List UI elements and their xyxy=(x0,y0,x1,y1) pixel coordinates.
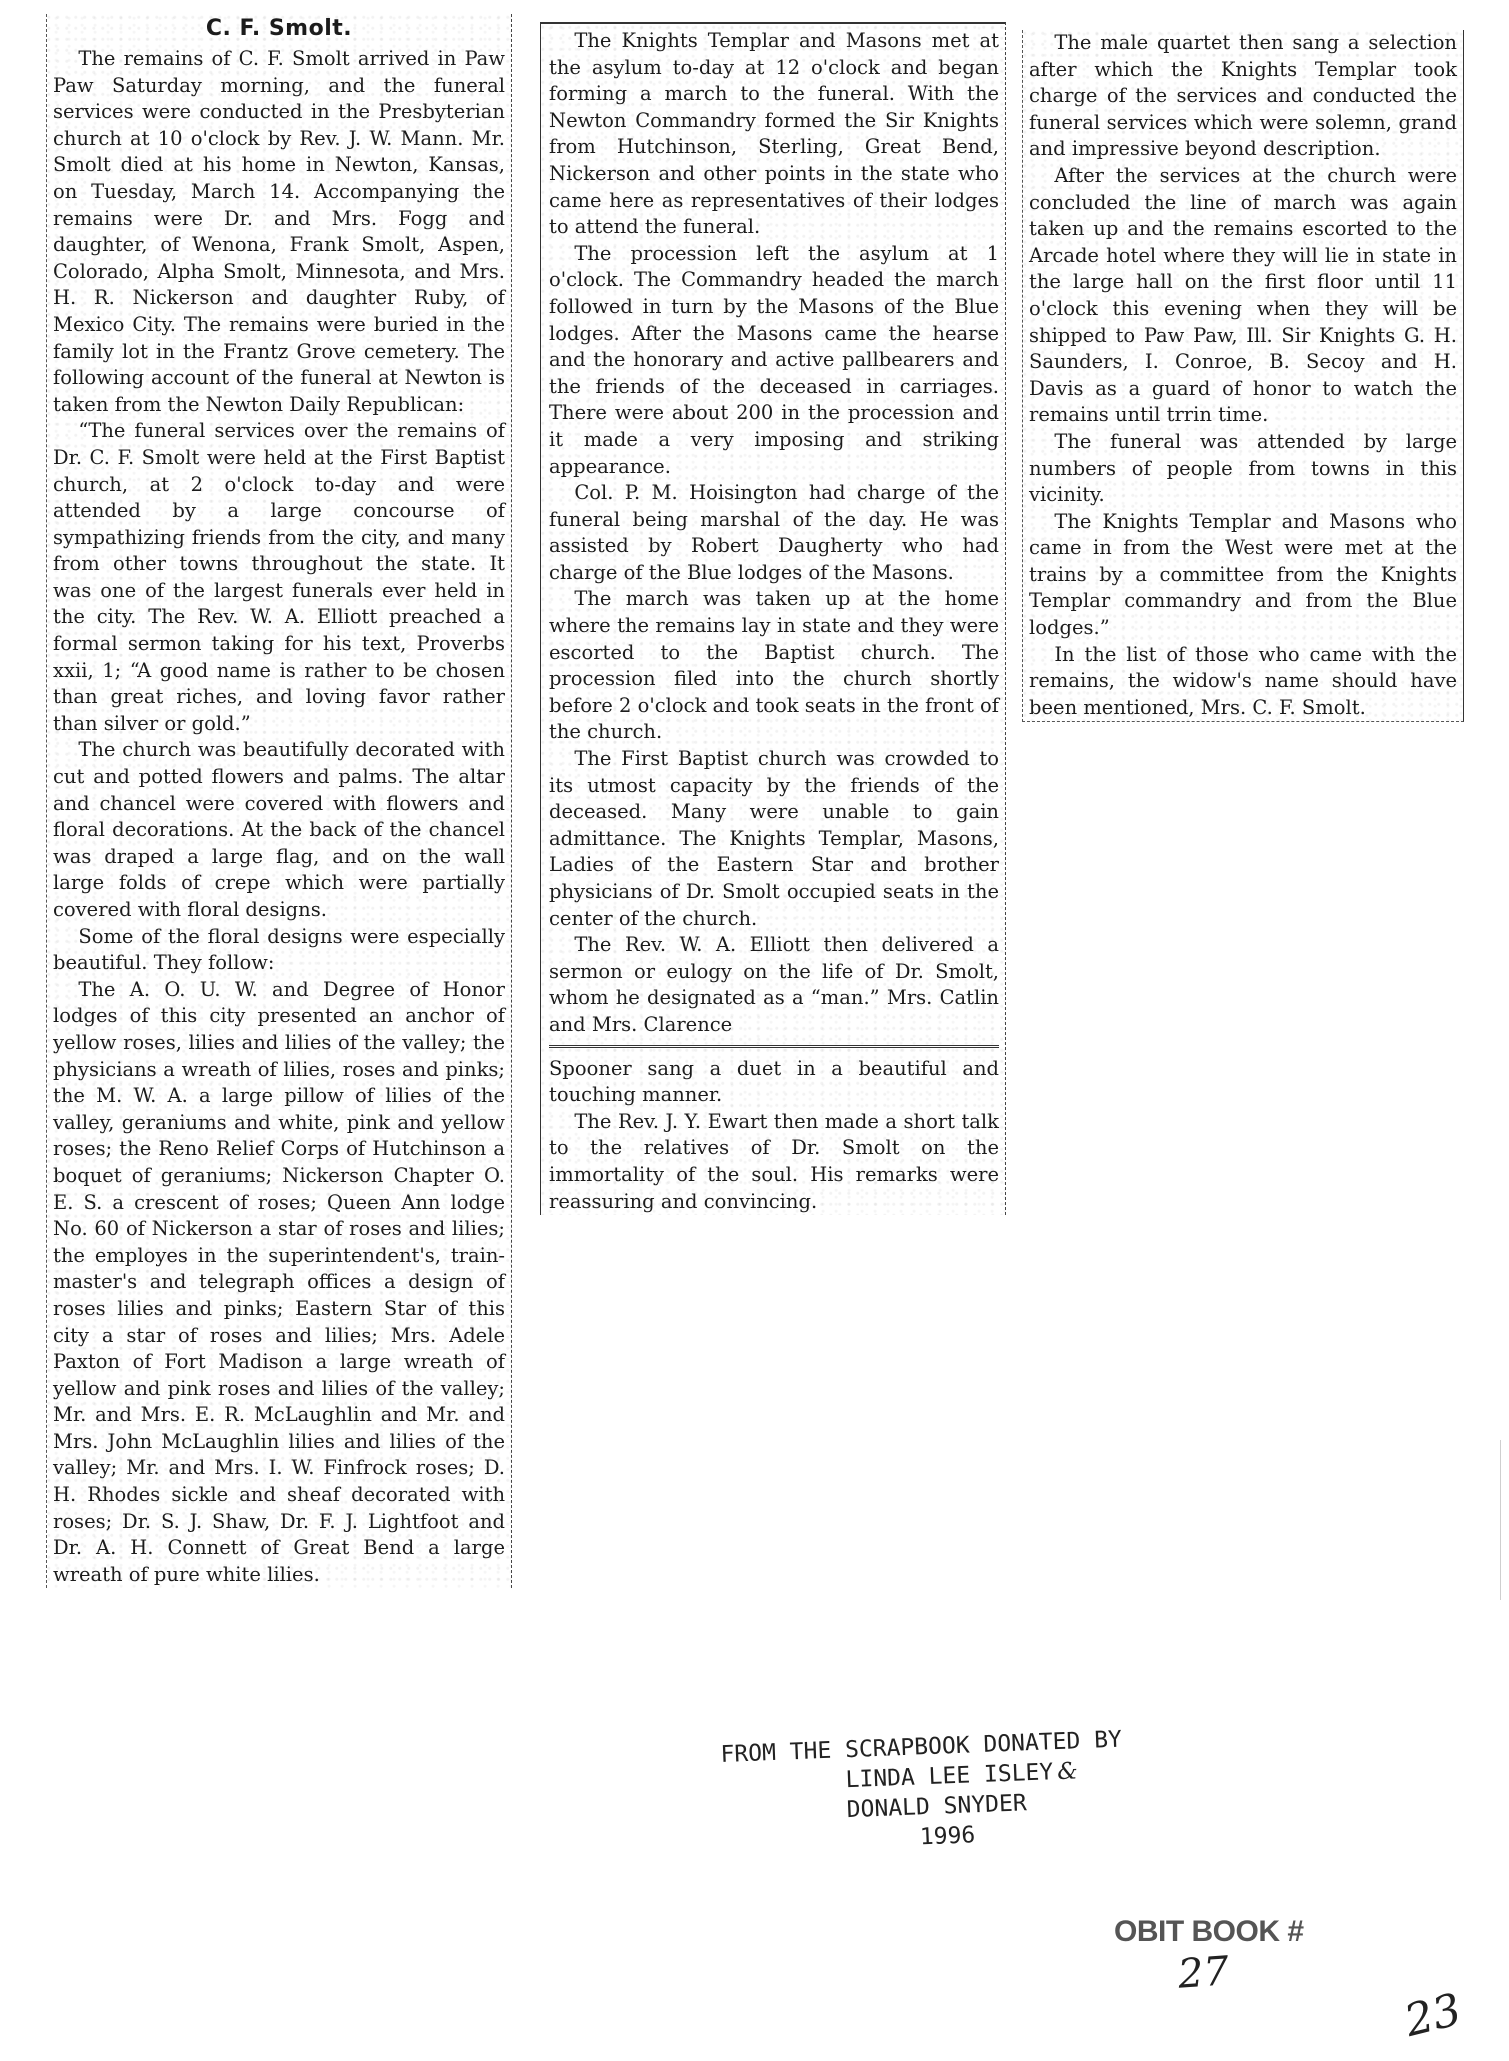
paragraph: The Rev. W. A. Elliott then delivered a … xyxy=(549,932,999,1038)
obit-book-number: 27 xyxy=(1176,1948,1230,1997)
paragraph: “The funeral services over the remains o… xyxy=(53,418,505,737)
clipping-seam xyxy=(549,1045,999,1048)
paragraph: The march was taken up at the home where… xyxy=(549,586,999,746)
paragraph: The Knights Templar and Masons met at th… xyxy=(549,28,999,241)
paragraph: The Knights Templar and Masons who came … xyxy=(1029,509,1457,642)
paragraph: Some of the floral designs were especial… xyxy=(53,924,505,977)
paragraph: Col. P. M. Hoisington had charge of the … xyxy=(549,480,999,586)
scan-edge-line xyxy=(1500,1440,1501,1600)
paragraph: The remains of C. F. Smolt arrived in Pa… xyxy=(53,46,505,418)
article-column-2: The Knights Templar and Masons met at th… xyxy=(540,22,1006,1215)
paragraph: Spooner sang a duet in a beautiful and t… xyxy=(549,1056,999,1109)
article-headline: C. F. Smolt. xyxy=(53,14,505,44)
paragraph: The church was beautifully decorated wit… xyxy=(53,737,505,923)
handwritten-ampersand: & xyxy=(1057,1758,1078,1785)
donation-note: FROM THE SCRAPBOOK DONATED BY LINDA LEE … xyxy=(720,1725,1126,1860)
paragraph: The procession left the asylum at 1 o'cl… xyxy=(549,241,999,480)
paragraph: The A. O. U. W. and Degree of Honor lodg… xyxy=(53,977,505,1589)
paragraph: In the list of those who came with the r… xyxy=(1029,642,1457,722)
page-number: 23 xyxy=(1400,1984,1467,2047)
article-column-1: C. F. Smolt. The remains of C. F. Smolt … xyxy=(46,14,512,1588)
paragraph: The funeral was attended by large number… xyxy=(1029,429,1457,509)
paragraph: The male quartet then sang a selection a… xyxy=(1029,30,1457,163)
obit-book-stamp: OBIT BOOK # xyxy=(1114,1915,1304,1949)
paragraph: The Rev. J. Y. Ewart then made a short t… xyxy=(549,1109,999,1215)
paragraph: The First Baptist church was crowded to … xyxy=(549,746,999,932)
article-column-3: The male quartet then sang a selection a… xyxy=(1022,30,1464,722)
donation-year: 1996 xyxy=(919,1815,1126,1853)
paragraph: After the services at the church were co… xyxy=(1029,163,1457,429)
